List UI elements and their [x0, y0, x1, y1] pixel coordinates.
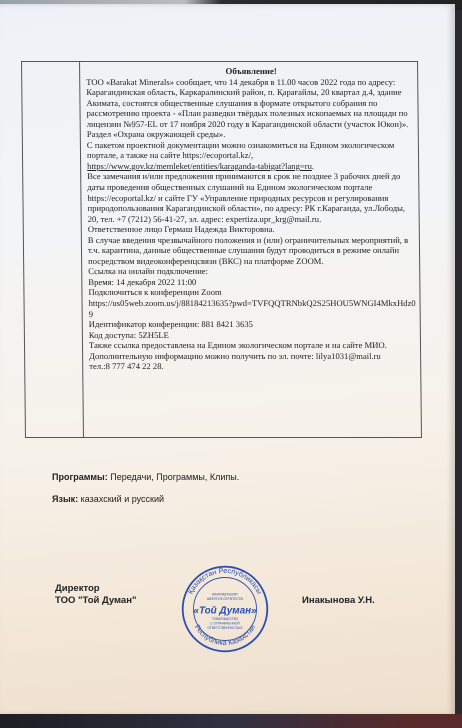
svg-text:ЖАУАПКЕРШІЛІГІ: ЖАУАПКЕРШІЛІГІ: [212, 593, 238, 597]
announcement-table: Объявление! ТОО «Barakat Minerals» сообщ…: [21, 61, 422, 438]
signature-position: Директор ТОО "Той Думан": [55, 583, 136, 607]
zoom-join-label: Подключиться к конференции Zoom: [88, 287, 418, 298]
company-stamp-icon: Қазақстан Республикасы Республика Казахс…: [180, 564, 270, 654]
mio-info: Также ссылка предоставлена на Едином эко…: [89, 340, 419, 351]
access-code: Код доступа: 5ZH5LE: [89, 330, 419, 341]
documentation-info: С пакетом проектной документации можно о…: [87, 140, 417, 161]
zoom-link[interactable]: https://us05web.zoom.us/j/88184213635?pw…: [89, 298, 419, 319]
svg-text:С ОГРАНИЧЕННОЙ: С ОГРАНИЧЕННОЙ: [210, 621, 239, 625]
svg-text:ШЕКТЕУЛІ СЕРІКТЕСТІК: ШЕКТЕУЛІ СЕРІКТЕСТІК: [207, 597, 244, 601]
responsible-person: Ответственное лицо Гермаш Надежда Виктор…: [88, 224, 418, 235]
table-column-divider: [79, 62, 84, 437]
svg-text:ОТВЕТСТВЕННОСТЬЮ: ОТВЕТСТВЕННОСТЬЮ: [207, 626, 243, 630]
contact-phone: тел.:8 777 474 22 28.: [89, 361, 419, 372]
photo-background-bottom: [0, 714, 462, 728]
gov-link[interactable]: https://www.gov.kz/memleket/entities/kar…: [87, 161, 312, 171]
meeting-time: Время: 14 декабря 2022 11:00: [88, 277, 418, 288]
conference-id: Идентификатор конференции: 881 8421 3635: [89, 319, 419, 330]
emergency-info: В случае введения чрезвычайного положени…: [88, 235, 418, 267]
comments-info: Все замечания и/или предложения принимаю…: [87, 171, 418, 224]
online-link-label: Ссылка на онлайн подключение:: [88, 266, 418, 277]
announcement-title: Объявление!: [86, 66, 416, 77]
svg-text:ТОВАРИЩЕСТВО: ТОВАРИЩЕСТВО: [212, 617, 239, 621]
document-page: Объявление! ТОО «Barakat Minerals» сообщ…: [0, 4, 455, 715]
signatory-name: Инакынова У.Н.: [302, 595, 375, 607]
announcement-intro: ТОО «Barakat Minerals» сообщает, что 14 …: [86, 77, 417, 140]
gov-link-line: https://www.gov.kz/memleket/entities/kar…: [87, 161, 417, 172]
programs-line: Программы: Передачи, Программы, Клипы.: [52, 472, 239, 482]
contact-email: Дополнительную информацию можно получить…: [89, 351, 419, 362]
language-line: Язык: казахский и русский: [52, 494, 164, 504]
svg-text:«Той Думан»: «Той Думан»: [193, 606, 257, 617]
svg-text:Қазақстан Республикасы: Қазақстан Республикасы: [186, 566, 264, 595]
announcement-content: Объявление! ТОО «Barakat Minerals» сообщ…: [86, 66, 419, 372]
